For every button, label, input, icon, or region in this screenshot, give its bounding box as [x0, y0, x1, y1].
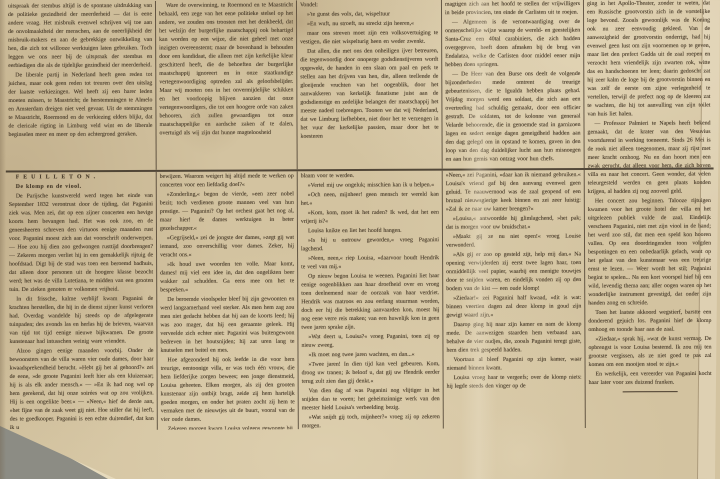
news-section: uitspraak der stembus altijd is de spont…: [5, 0, 714, 171]
paragraph: »Ziedaar,« sprak hij, »wat de kunst verm…: [588, 334, 711, 369]
paragraph: Zekeren morgen kwam Louisa volgens gewoo…: [161, 424, 295, 430]
feuilleton-section: FEUILLETON. De klomp en de viool. De Par…: [6, 169, 715, 430]
paragraph: In dit frissche, kalme verblijf kwam Pag…: [9, 294, 153, 346]
news-column-4: magtigen zich aan het hoofd te stellen d…: [442, 0, 585, 169]
paragraph: Het concert zou beginnen. Talooze rijtui…: [588, 196, 711, 307]
paragraph: »Wat deert u, Louisa?« vroeg Paganini, t…: [301, 332, 439, 350]
paragraph: »Och neen, mijnheer! geen mensch ter wer…: [301, 190, 439, 208]
feuilleton-column-2: bewijzen. Waarom weigert hij altijd mede…: [157, 171, 299, 430]
paragraph: Van dien dag af was Paganini nog vlijtig…: [302, 386, 440, 412]
paragraph: »Neen,« zei Paganini, »daar kan ik niema…: [446, 170, 581, 213]
paragraph: — Algemeen is de verontwaardiging over d…: [445, 17, 580, 69]
paragraph: magtigen zich aan het hoofd te stellen d…: [445, 0, 580, 17]
paragraph: Voortaan al bleef Paganini op zijn kamer…: [447, 355, 582, 373]
paragraph: De beroemde vioolspeler bleef bij zijn g…: [160, 294, 294, 354]
paragraph: uitspraak der stembus altijd is de spont…: [8, 1, 152, 70]
paragraph: Louisa knikte en liet het hoofd hangen.: [301, 226, 439, 235]
paragraph: De liberale partij in Nederland heeft ge…: [8, 70, 152, 139]
paragraph: »Wat snijdt gij toch, mijnheer?« vroeg z…: [302, 412, 440, 429]
paragraph: De Parijsche kunstwereld werd tegen het …: [9, 191, 153, 294]
paragraph: »Gegrijseld,« zei de jongste der dames, …: [160, 233, 294, 259]
paragraph: »Ziedaar!« zei Paganini half kwaad, »dit…: [446, 293, 581, 319]
paragraph: Ware de overwinning, te Roermond en te M…: [159, 0, 294, 137]
paragraph: »Ik moet nog twee jaren wachten, en dan.…: [301, 350, 439, 359]
paragraph: »Ik houd uwe woorden ten volle. Maar kom…: [160, 259, 294, 294]
story-text-5: villa en naar het concert. Geen wonder, …: [588, 169, 712, 386]
paragraph: »Maakt gij ze nu niet open!« vroeg Louis…: [446, 232, 581, 250]
paragraph: »Vertel mij uw ongeluk; misschien kan ik…: [301, 180, 439, 189]
paragraph: — De Heer van den Burse ons deelt de vol…: [445, 69, 580, 163]
paragraph: En werkelijk, een vereerder van Paganini…: [589, 369, 712, 387]
news-column-5: ging in het Apollo-Theater, zonder te we…: [584, 0, 714, 168]
paragraph: Toen het laatste akkoord wegstierf, bars…: [588, 307, 711, 333]
paragraph: Op nieuw begon Louisa te weenen. Paganin…: [301, 271, 439, 331]
scanned-newspaper-page: { "colors": { "scanner_background": "#8c…: [0, 0, 720, 479]
paragraph: »Is hij u ontrouw geworden,« vroeg Pagan…: [301, 235, 439, 253]
feuilleton-column-5: villa en naar het concert. Geen wonder, …: [585, 169, 715, 428]
paragraph: »En wuft, nu stroeft, nu streckt zijn he…: [300, 19, 438, 28]
story-title: De klomp en de viool.: [9, 181, 153, 190]
paragraph: Louisa vroeg haar te vergeefs; over de k…: [447, 373, 582, 391]
story-end-rule: [623, 391, 678, 392]
paragraph: Vondel:: [300, 0, 438, 9]
paragraph: »Louisa,« antwoordde hij glimlagchend, »…: [446, 214, 581, 232]
paragraph: Hoe afgezonderd hij ook leefde in die vo…: [161, 355, 295, 424]
paragraph: bewijzen. Waarom weigert hij altijd mede…: [160, 171, 294, 189]
story-text-1: De Parijsche kunstwereld werd tegen het …: [9, 191, 154, 431]
paragraph: »Kom, kom, moet ik het raden? Ik wed, da…: [301, 208, 439, 226]
paragraph: villa en naar het concert. Geen wonder, …: [588, 169, 711, 195]
news-column-3: Vondel:»'te gunst des volx, dat, wispelt…: [297, 0, 443, 169]
paragraph: blaam voor te werden.: [301, 171, 439, 180]
paragraph: Daarop ging hij naar zijn kamer en nam d…: [446, 320, 581, 355]
paragraph: »'te gunst des volx, dat, wispeltuur: [300, 9, 438, 18]
paragraph: »Twee jaren! In dien tijd kan veel gebeu…: [302, 359, 440, 385]
paragraph: maar ons streven moet zijn een volksover…: [300, 28, 438, 46]
paragraph: — Professor Palmieri te Napels heeft bek…: [587, 118, 710, 168]
paragraph: Alzoo gingen eenige maanden voorbij. Ond…: [9, 346, 153, 431]
paragraph: ging in het Apollo-Theater, zonder te we…: [587, 0, 711, 118]
paragraph: »Zonderling,« begon de vierde, »een zeer…: [160, 189, 294, 232]
news-column-1: uitspraak der stembus altijd is de spont…: [5, 1, 157, 171]
feuilleton-column-3: blaam voor te werden.»Vertel mij uw onge…: [298, 171, 444, 430]
news-column-2: Ware de overwinning, te Roermond en te M…: [156, 0, 298, 170]
feuilleton-column-1: FEUILLETON. De klomp en de viool. De Par…: [6, 172, 158, 431]
scan-frame: uitspraak der stembus altijd is de spont…: [0, 0, 720, 479]
feuilleton-column-4: »Neen,« zei Paganini, »daar kan ik niema…: [443, 170, 586, 429]
feuilleton-label: FEUILLETON.: [9, 172, 153, 181]
paragraph: »Neen, neen,« riep Louisa, »daarvoor hou…: [301, 253, 439, 271]
paragraph: Dat allen, die met ons den onheiligen ij…: [300, 46, 438, 140]
paragraph: »Als gij er zoo op gesteld zijt, help mi…: [446, 250, 581, 293]
printed-content: uitspraak der stembus altijd is de spont…: [5, 0, 715, 479]
